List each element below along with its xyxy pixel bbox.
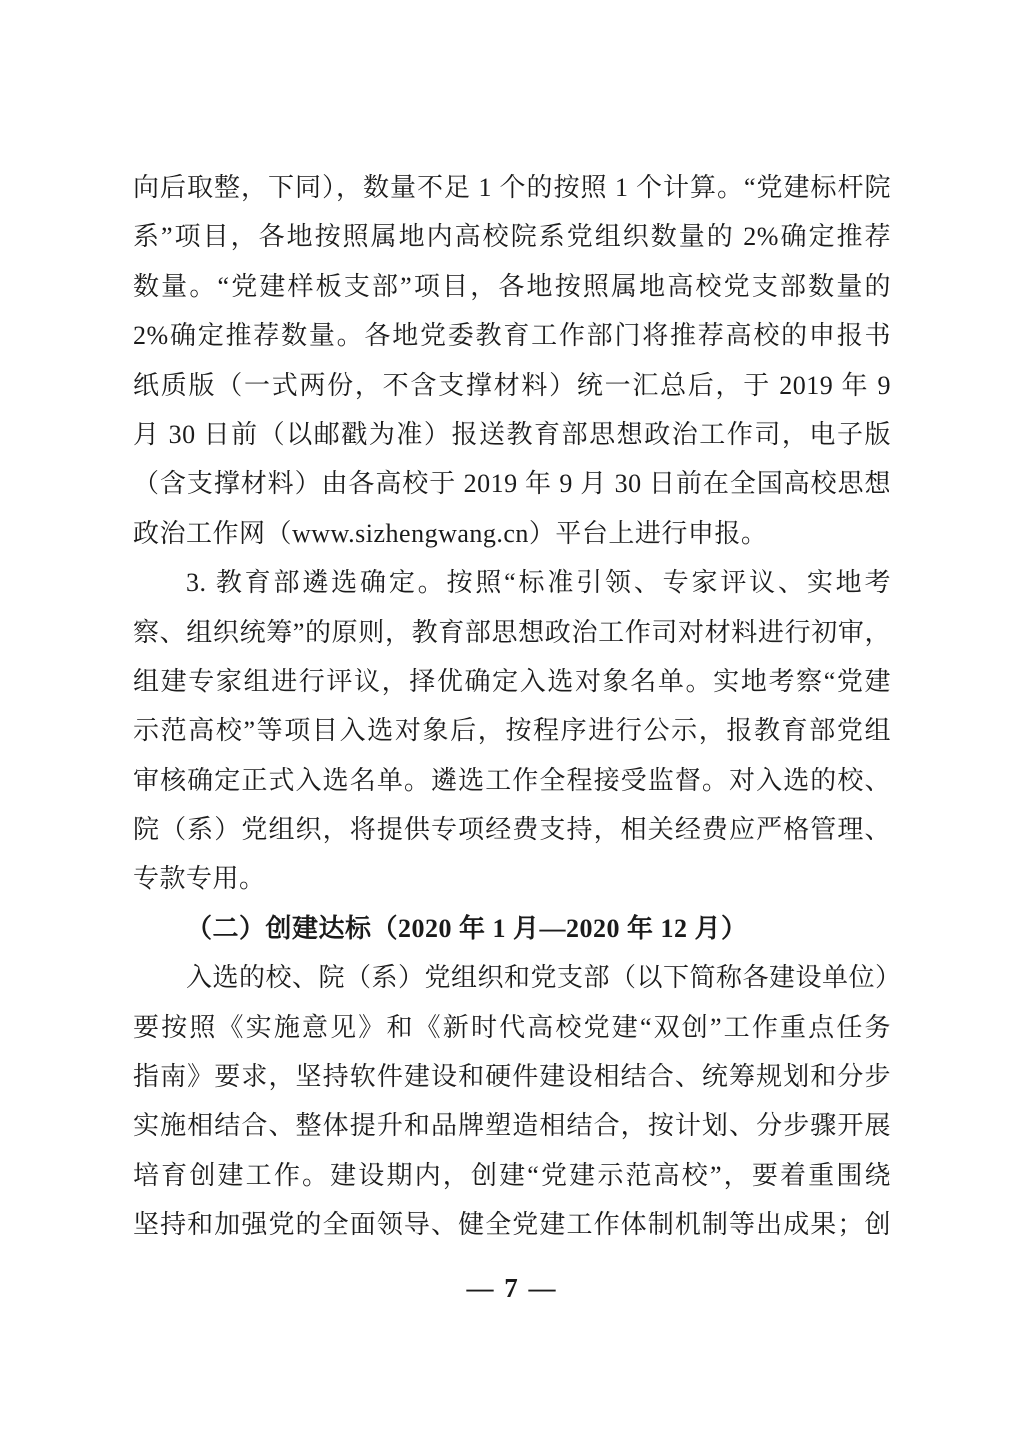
text-line: 院（系）党组织，将提供专项经费支持，相关经费应严格管理、 [133, 805, 891, 854]
page-number: — 7 — [0, 1268, 1024, 1308]
text-line: 3. 教育部遴选确定。按照“标准引领、专家评议、实地考 [133, 558, 891, 607]
text-line: 察、组织统筹”的原则，教育部思想政治工作司对材料进行初审， [133, 608, 891, 657]
text-line: 月 30 日前（以邮戳为准）报送教育部思想政治工作司，电子版 [133, 410, 891, 459]
text-line: 审核确定正式入选名单。遴选工作全程接受监督。对入选的校、 [133, 756, 891, 805]
section-heading: （二）创建达标（2020 年 1 月—2020 年 12 月） [133, 904, 891, 953]
text-line: 数量。“党建样板支部”项目，各地按照属地高校党支部数量的 [133, 262, 891, 311]
text-line: 指南》要求，坚持软件建设和硬件建设相结合、统筹规划和分步 [133, 1052, 891, 1101]
text-line: 示范高校”等项目入选对象后，按程序进行公示，报教育部党组 [133, 706, 891, 755]
text-line: 入选的校、院（系）党组织和党支部（以下简称各建设单位） [133, 953, 891, 1002]
document-page: 向后取整，下同），数量不足 1 个的按照 1 个计算。“党建标杆院 系”项目，各… [0, 0, 1024, 1447]
text-line: 培育创建工作。建设期内，创建“党建示范高校”，要着重围绕 [133, 1151, 891, 1200]
text-line: 专款专用。 [133, 854, 891, 903]
text-line: 组建专家组进行评议，择优确定入选对象名单。实地考察“党建 [133, 657, 891, 706]
text-line: 坚持和加强党的全面领导、健全党建工作体制机制等出成果；创 [133, 1200, 891, 1249]
text-line: 系”项目，各地按照属地内高校院系党组织数量的 2%确定推荐 [133, 212, 891, 261]
text-line: 2%确定推荐数量。各地党委教育工作部门将推荐高校的申报书 [133, 311, 891, 360]
text-line: 实施相结合、整体提升和品牌塑造相结合，按计划、分步骤开展 [133, 1101, 891, 1150]
text-line: 政治工作网（www.sizhengwang.cn）平台上进行申报。 [133, 509, 891, 558]
document-body: 向后取整，下同），数量不足 1 个的按照 1 个计算。“党建标杆院 系”项目，各… [133, 163, 891, 1250]
text-line: 要按照《实施意见》和《新时代高校党建“双创”工作重点任务 [133, 1003, 891, 1052]
text-line: 向后取整，下同），数量不足 1 个的按照 1 个计算。“党建标杆院 [133, 163, 891, 212]
text-line: 纸质版（一式两份，不含支撑材料）统一汇总后，于 2019 年 9 [133, 361, 891, 410]
text-line: （含支撑材料）由各高校于 2019 年 9 月 30 日前在全国高校思想 [133, 459, 891, 508]
